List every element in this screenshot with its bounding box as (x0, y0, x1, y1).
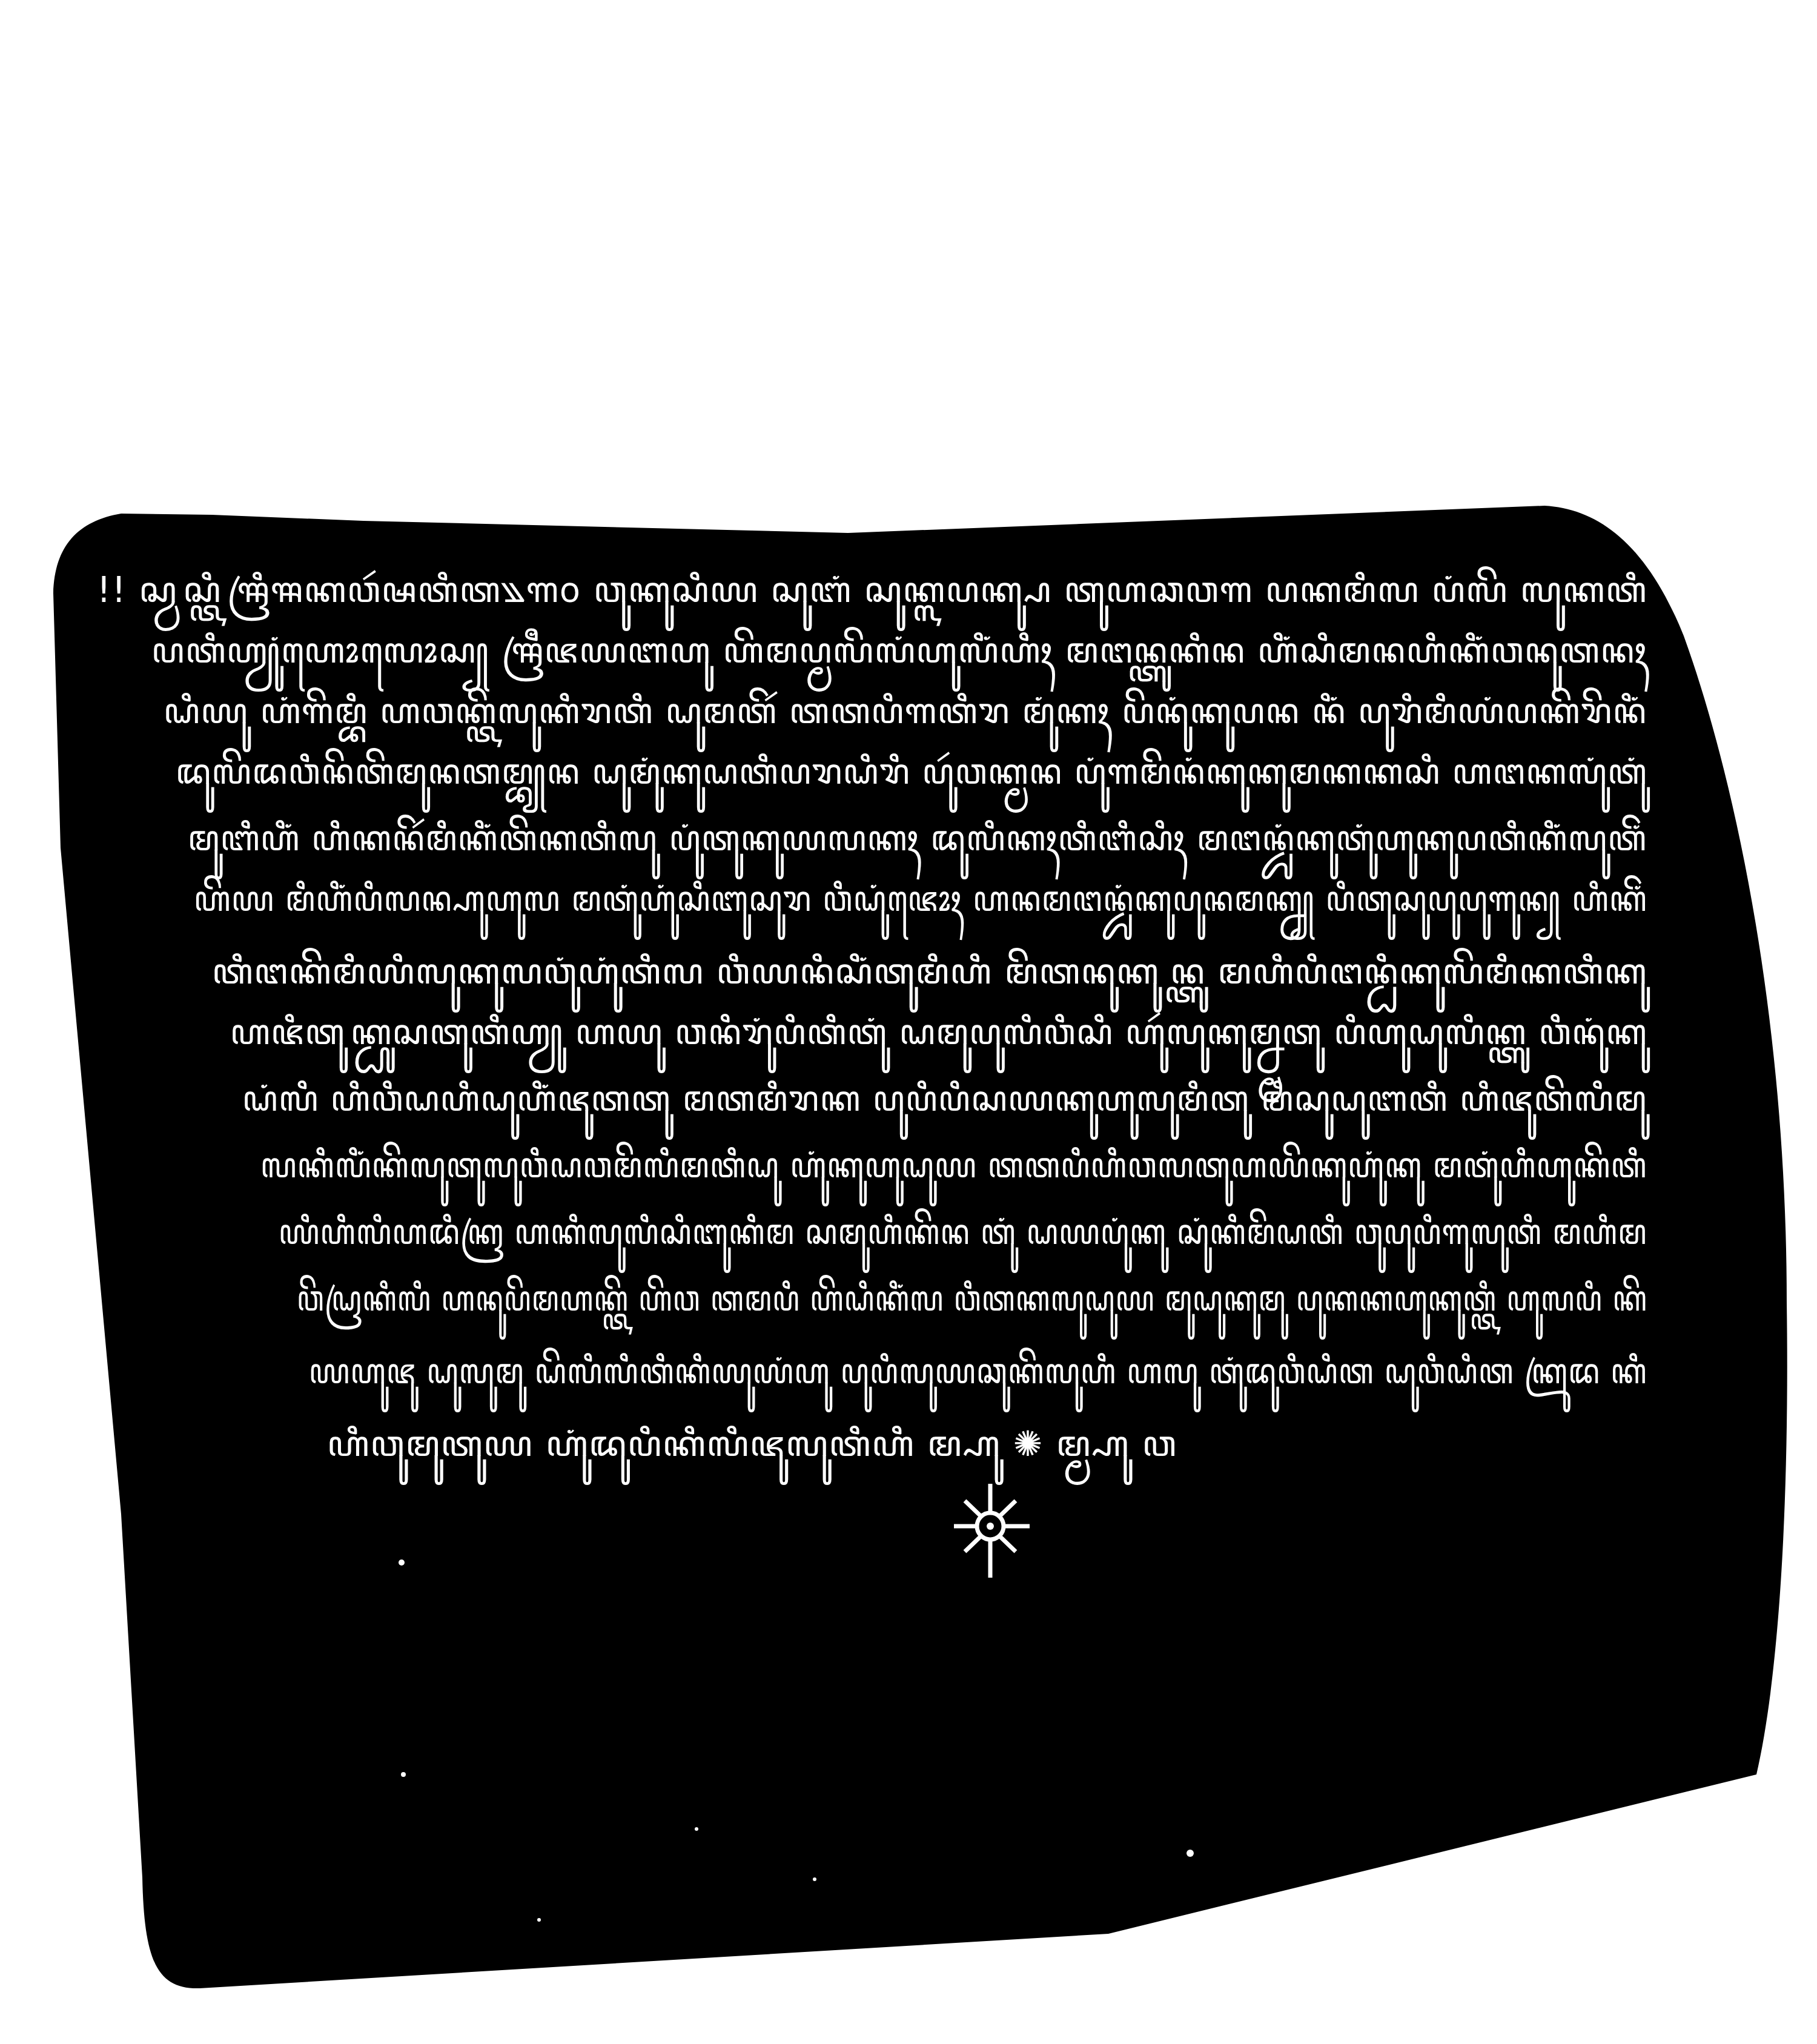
rosette-ornament-icon (945, 1478, 1036, 1581)
inscription-line-8: ꦲꦗꦶꦠꦸꦏ꧀ꦝꦸꦱꦠꦸꦠꦶꦲꦾꦸ ꦲꦪꦸ ꦮꦤꦶꦫꦸꦁꦥꦶꦠꦶꦠꦸꦁ ꦝꦩꦸꦥ… (230, 1005, 1647, 1077)
inscription-line-9: ꦝꦁꦭꦶ ꦲꦶꦮꦶꦝꦲꦶꦝꦸꦲꦶꦁꦗꦸꦠꦠꦸ ꦩꦠꦩꦶꦫꦏ ꦥꦸꦥꦶꦥꦶꦱꦪꦏꦸ… (242, 1072, 1647, 1143)
inscription-line-10: ꦭꦏꦶꦭꦶꦁꦏꦼꦭꦸꦠꦸꦭꦸꦮꦶꦝꦮꦩꦼꦭꦶꦩꦠꦶꦝꦸ ꦲꦸꦁꦏꦸꦲꦸꦝꦸꦪ ꦠ… (260, 1139, 1647, 1210)
inscription-line-14: ꦲꦶꦮꦸꦩꦸꦠꦸꦪ ꦲꦸꦁꦢꦸꦥꦶꦏꦶꦭꦶꦗꦸꦭꦸꦠꦶꦲꦶ ꦩ꧀ꦲꦸ ✺ ꦩ꧀ꦩ… (327, 1417, 1177, 1489)
inscription-line-12: ꦮꦼꦝꦿꦏꦶꦭꦶ ꦲꦤꦸꦥꦼꦩꦲꦏ꧀ꦠꦼ ꦲꦼꦮ ꦠꦩꦥꦶ ꦲꦼꦝꦶꦏꦶꦁꦭ ꦮ… (297, 1272, 1647, 1343)
inscription-line-6: ꦲꦼꦪ ꦩꦶꦲꦶꦁꦥꦶꦭꦤ꧀ꦲꦸꦲꦸꦭ ꦩꦠꦸꦁꦲꦸꦁꦱꦶꦧꦸꦱꦸꦫ ꦮꦶꦝꦸꦁ… (194, 872, 1647, 944)
stone-speck (537, 1918, 541, 1922)
inscription-line-4: ꦢꦸꦭꦼꦢꦮꦶꦤꦼꦠꦼꦩꦸꦤꦠꦩ꧀ꦧꦾꦤ ꦝꦸꦩꦸꦁꦏꦸꦝꦠꦶꦥꦫꦝꦶꦫꦶ ꦥꦸ… (176, 745, 1647, 816)
stone-speck (401, 1772, 406, 1777)
stone-speck (399, 1559, 405, 1566)
stone-speck (695, 1827, 698, 1831)
stone-speck (434, 2002, 439, 2007)
stone-speck (1187, 1850, 1194, 1857)
inscription-line-13: ꦪꦲꦸꦗꦸ ꦝꦸꦭꦸꦩꦸ ꦝꦼꦭꦶꦭꦶꦠꦶꦏꦶꦪꦸꦪꦁꦲꦸ ꦥꦸꦥꦶꦭꦸꦪꦕꦸꦏ… (309, 1344, 1647, 1416)
stone-speck (813, 1877, 816, 1881)
inscription-line-11: ꦪꦶꦲꦶꦭꦶꦲꦢꦶꦏꦿ ꦲꦏꦶꦭꦸꦭꦶꦱꦶꦧꦸꦏꦶꦩ ꦱꦩꦸꦲꦶꦏꦼꦤ ꦠꦸꦁ … (279, 1205, 1647, 1277)
